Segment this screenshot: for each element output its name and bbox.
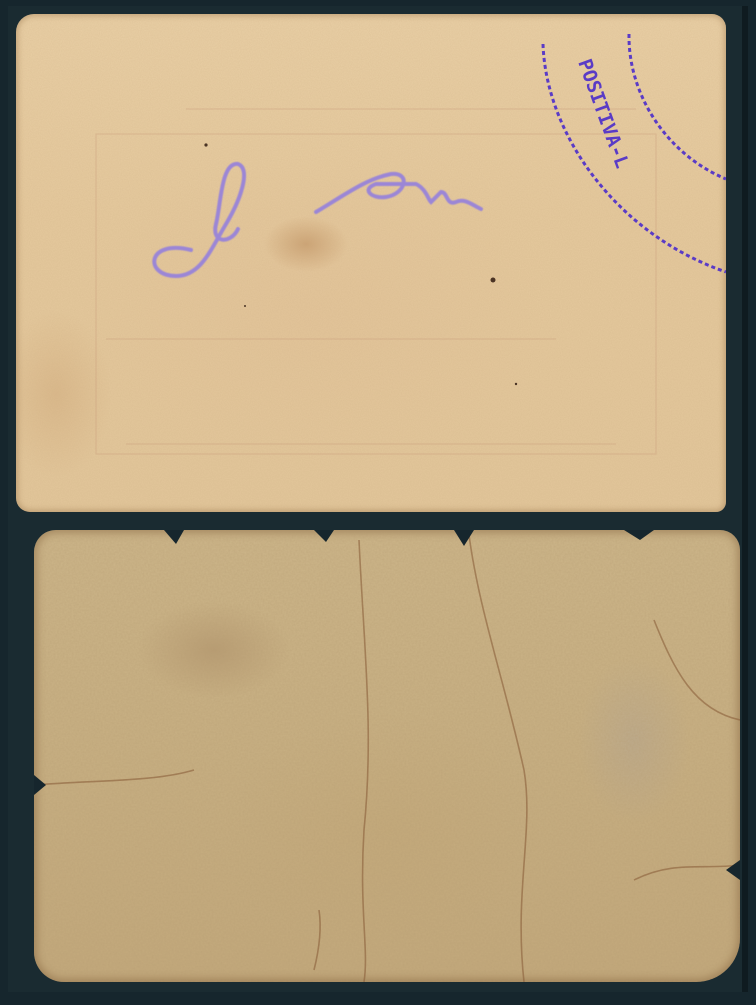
note-bottom xyxy=(34,530,740,982)
note-top-texture: POSITIVA-L xyxy=(16,14,726,512)
note-bottom-texture xyxy=(34,530,740,982)
note-top: POSITIVA-L S. Otto POSITIVA - L xyxy=(16,14,726,512)
